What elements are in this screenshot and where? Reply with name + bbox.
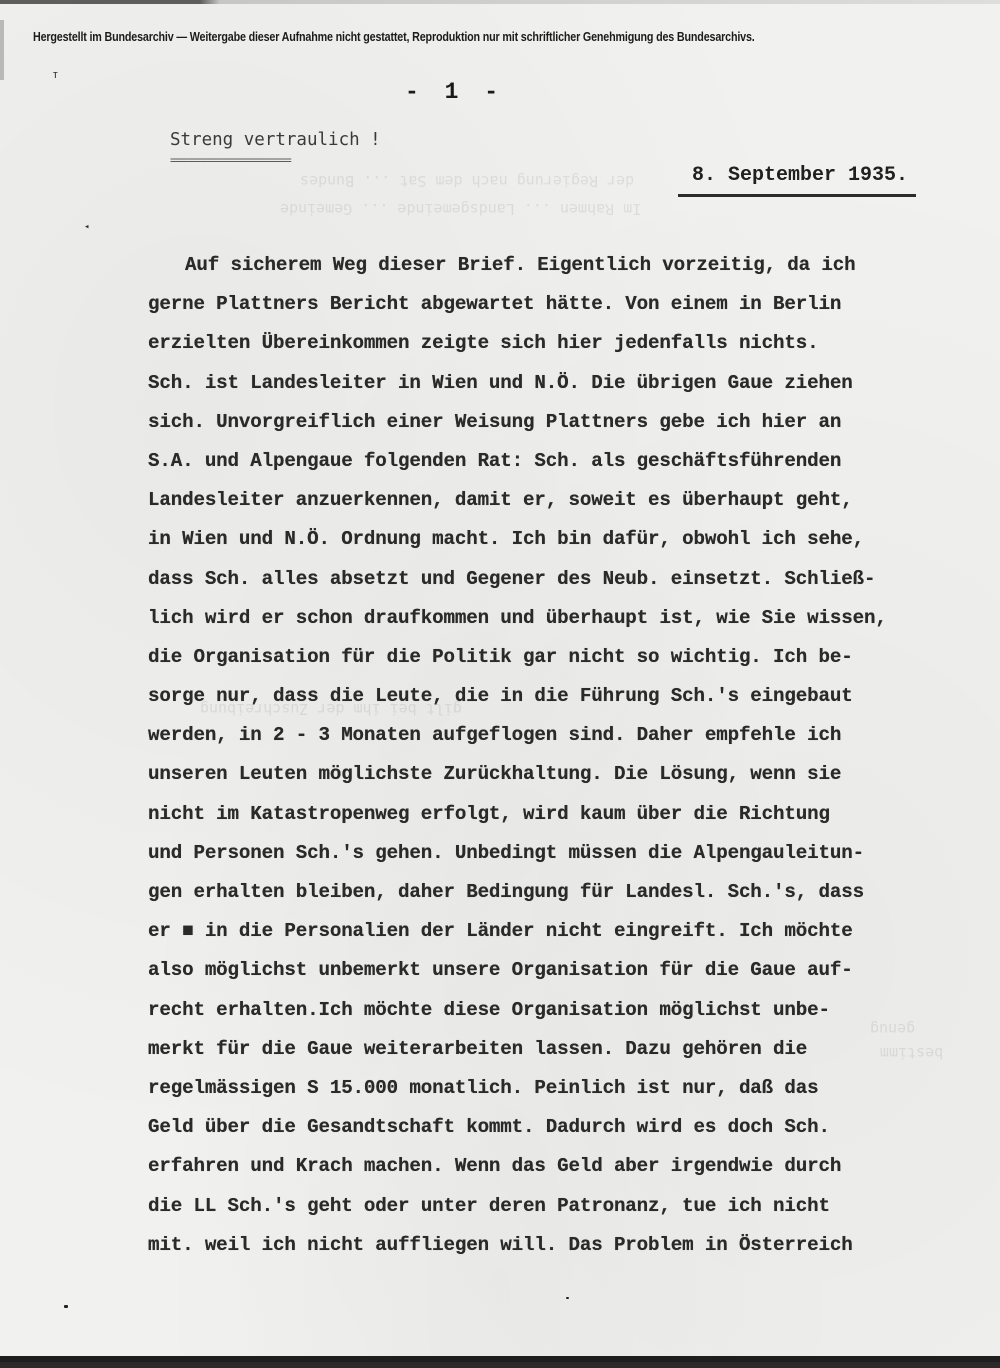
body-line: erzielten Übereinkommen zeigte sich hier… bbox=[148, 330, 948, 369]
body-line: gerne Plattners Bericht abgewartet hätte… bbox=[148, 291, 948, 330]
body-line: erfahren und Krach machen. Wenn das Geld… bbox=[148, 1153, 948, 1192]
archive-reproduction-notice: Hergestellt im Bundesarchiv — Weitergabe… bbox=[33, 30, 755, 44]
scanned-document-page: Hergestellt im Bundesarchiv — Weitergabe… bbox=[0, 0, 1000, 1362]
body-line: also möglichst unbemerkt unsere Organisa… bbox=[148, 957, 948, 996]
body-line: merkt für die Gaue weiterarbeiten lassen… bbox=[148, 1036, 948, 1075]
stray-ink-mark: т bbox=[52, 68, 59, 81]
body-line: mit. weil ich nicht auffliegen will. Das… bbox=[148, 1232, 948, 1271]
body-line: Sch. ist Landesleiter in Wien und N.Ö. D… bbox=[148, 370, 948, 409]
classification-double-underline: ==================== bbox=[170, 153, 291, 167]
body-line: Landesleiter anzuerkennen, damit er, sow… bbox=[148, 487, 948, 526]
body-line: recht erhalten.Ich möchte diese Organisa… bbox=[148, 997, 948, 1036]
page-number: - 1 - bbox=[405, 79, 504, 105]
scan-top-edge bbox=[0, 0, 1000, 4]
body-line: lich wird er schon draufkommen und überh… bbox=[148, 605, 948, 644]
body-line: in Wien und N.Ö. Ordnung macht. Ich bin … bbox=[148, 526, 948, 565]
letter-body: Auf sicherem Weg dieser Brief. Eigentlic… bbox=[148, 252, 948, 1271]
classification-heading: Streng vertraulich ! bbox=[170, 130, 381, 150]
body-line: regelmässigen S 15.000 monatlich. Peinli… bbox=[148, 1075, 948, 1114]
body-line: die Organisation für die Politik gar nic… bbox=[148, 644, 948, 683]
bleed-through-text: der Regierung nach dem Sat ... Bundes bbox=[300, 172, 634, 190]
body-line: Geld über die Gesandtschaft kommt. Dadur… bbox=[148, 1114, 948, 1153]
letter-date: 8. September 1935. bbox=[692, 164, 908, 187]
stray-ink-dot bbox=[566, 1297, 569, 1299]
body-line: die LL Sch.'s geht oder unter deren Patr… bbox=[148, 1193, 948, 1232]
body-line: nicht im Katastropenweg erfolgt, wird ka… bbox=[148, 801, 948, 840]
stray-ink-dot bbox=[64, 1305, 68, 1308]
body-line: unseren Leuten möglichste Zurückhaltung.… bbox=[148, 761, 948, 800]
body-line: Auf sicherem Weg dieser Brief. Eigentlic… bbox=[148, 252, 948, 291]
body-line: er ■ in die Personalien der Länder nicht… bbox=[148, 918, 948, 957]
body-line: und Personen Sch.'s gehen. Unbedingt müs… bbox=[148, 840, 948, 879]
body-line: S.A. und Alpengaue folgenden Rat: Sch. a… bbox=[148, 448, 948, 487]
body-line: sorge nur, dass die Leute, die in die Fü… bbox=[148, 683, 948, 722]
scan-bottom-edge bbox=[0, 1356, 1000, 1362]
body-line: dass Sch. alles absetzt und Gegener des … bbox=[148, 566, 948, 605]
body-line: sich. Unvorgreiflich einer Weisung Platt… bbox=[148, 409, 948, 448]
body-line: gen erhalten bleiben, daher Bedingung fü… bbox=[148, 879, 948, 918]
scan-left-edge bbox=[0, 20, 4, 80]
date-underline bbox=[678, 194, 916, 197]
stray-ink-mark: ◂ bbox=[84, 222, 89, 232]
bleed-through-text: Im Rahmen ... Landsgemeinde ... Gemeinde bbox=[280, 200, 641, 218]
body-line: werden, in 2 - 3 Monaten aufgeflogen sin… bbox=[148, 722, 948, 761]
